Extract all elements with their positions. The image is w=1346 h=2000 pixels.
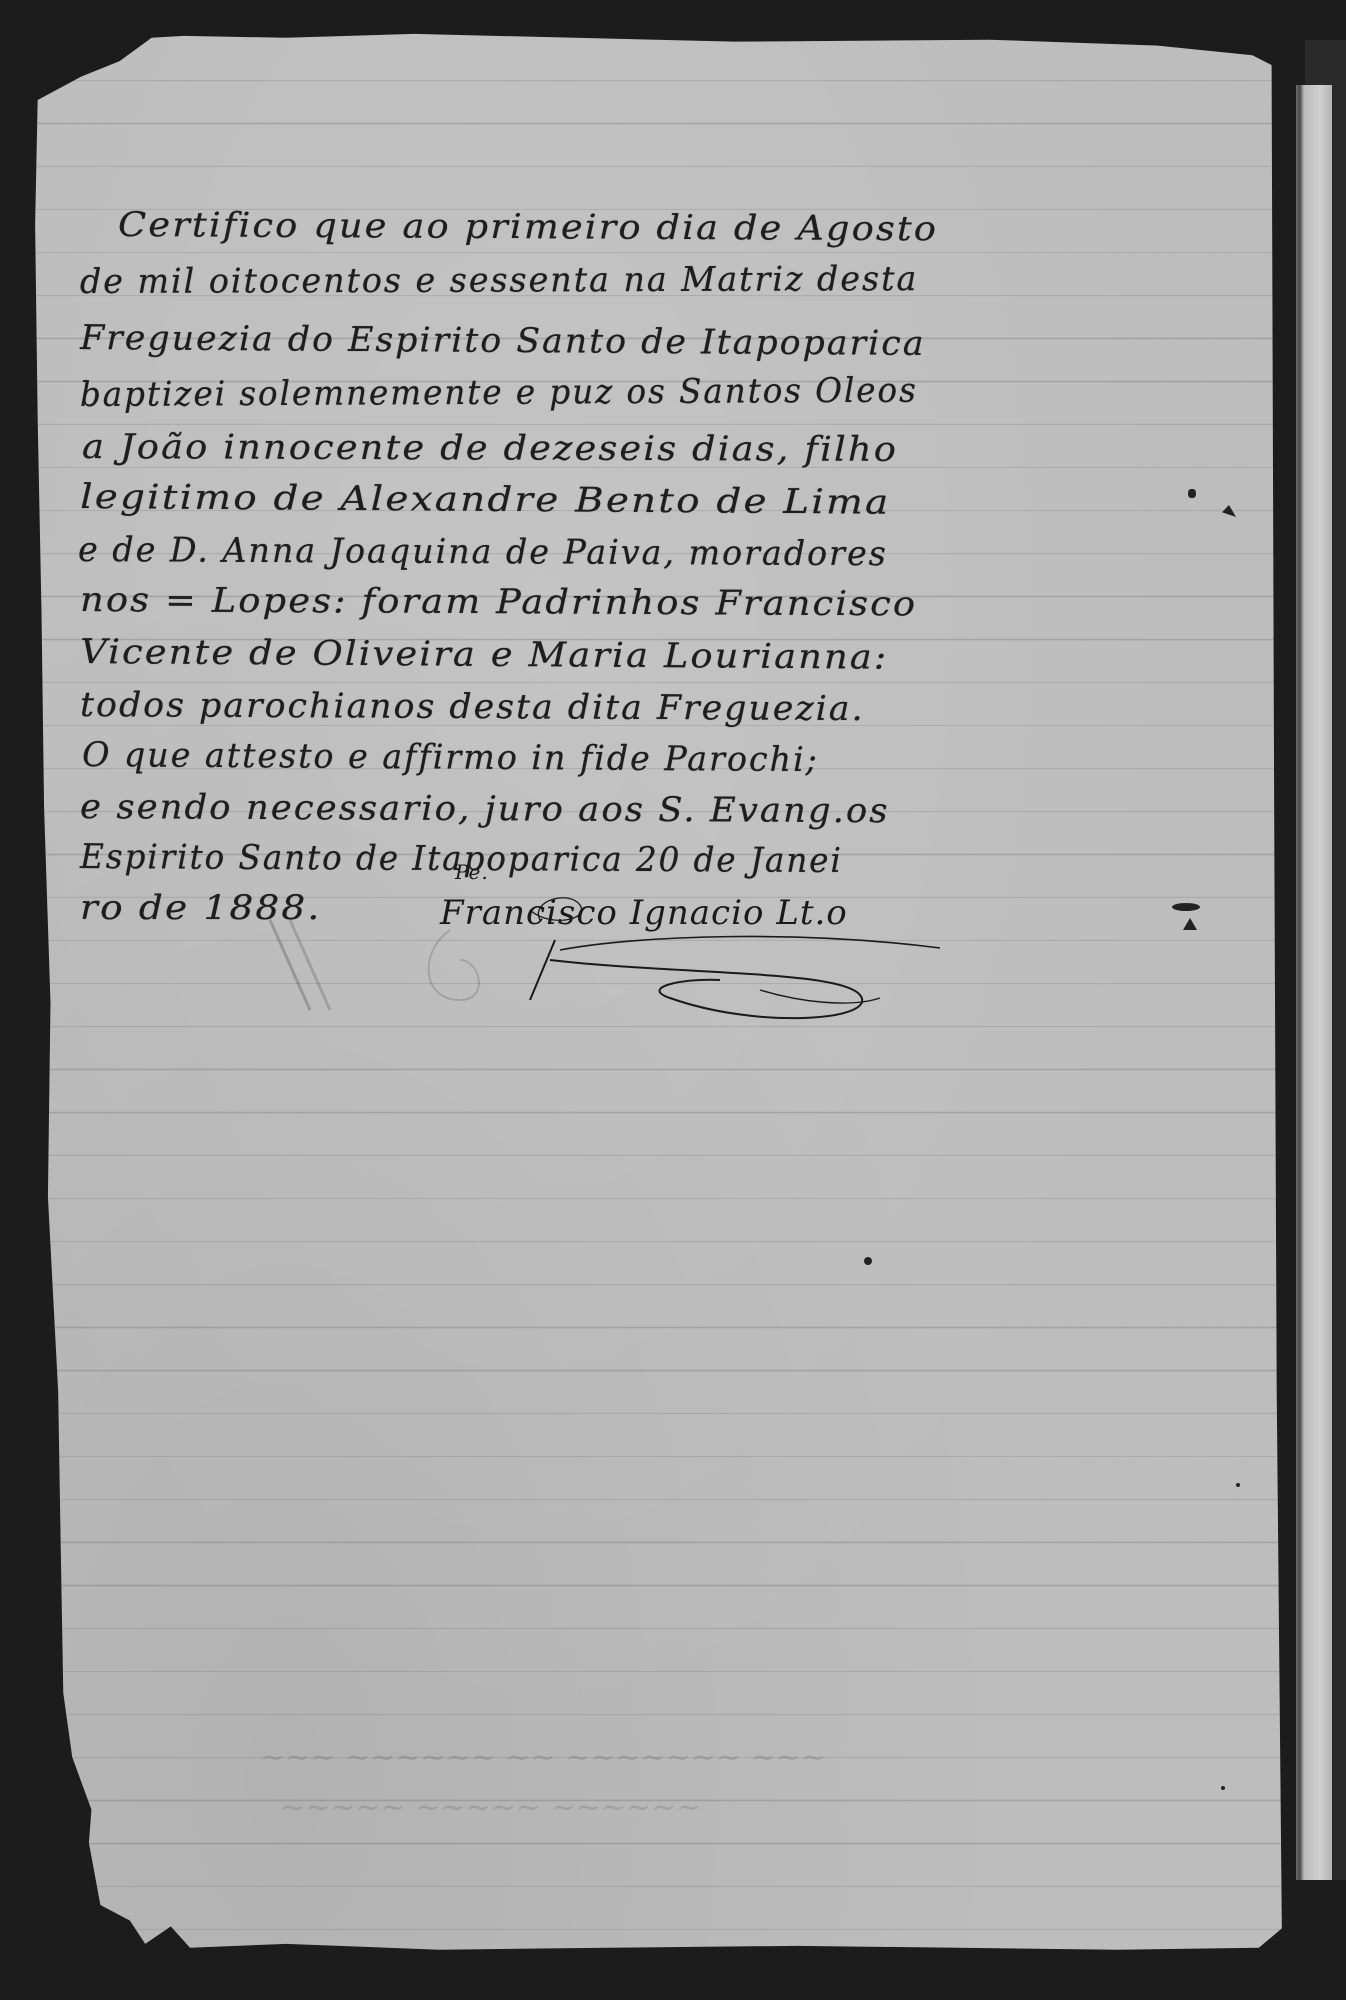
manuscript-line-3: Freguezia do Espirito Santo de Itapopari… <box>80 318 926 364</box>
bleed-through-strokes <box>250 900 550 1020</box>
manuscript-text: Certifico que ao primeiro dia de Agosto … <box>0 0 1346 2000</box>
manuscript-line-10: todos parochianos desta dita Freguezia. <box>80 685 865 729</box>
ink-speck <box>1188 489 1196 498</box>
manuscript-line-9: Vicente de Oliveira e Maria Lourianna: <box>80 632 889 678</box>
manuscript-line-8: nos = Lopes: foram Padrinhos Francisco <box>80 580 917 624</box>
manuscript-line-1: Certifico que ao primeiro dia de Agosto <box>118 205 938 249</box>
manuscript-line-2: de mil oitocentos e sessenta na Matriz d… <box>80 259 918 302</box>
ink-speck <box>1172 903 1200 911</box>
ink-speck <box>1236 1483 1240 1487</box>
manuscript-line-11: O que attesto e affirmo in fide Parochi; <box>82 735 819 780</box>
manuscript-line-12: e sendo necessario, juro aos S. Evang.os <box>80 787 890 831</box>
manuscript-line-6: legitimo de Alexandre Bento de Lima <box>80 477 891 523</box>
manuscript-line-7: e de D. Anna Joaquina de Paiva, moradore… <box>78 530 888 574</box>
ink-speck <box>1221 1786 1225 1790</box>
bleed-through-text: ~~~~~ ~~~~~ ~~~~~~ <box>280 1790 701 1825</box>
scanned-document-page: Certifico que ao primeiro dia de Agosto … <box>0 0 1346 2000</box>
manuscript-line-5: a João innocente de dezeseis dias, filho <box>82 427 898 470</box>
manuscript-line-4: baptizei solemnemente e puz os Santos Ol… <box>80 371 918 415</box>
bleed-through-text: ~~~ ~~~~~~ ~~ ~~~~~~~ ~~~ <box>260 1740 826 1775</box>
ink-speck <box>864 1257 872 1265</box>
